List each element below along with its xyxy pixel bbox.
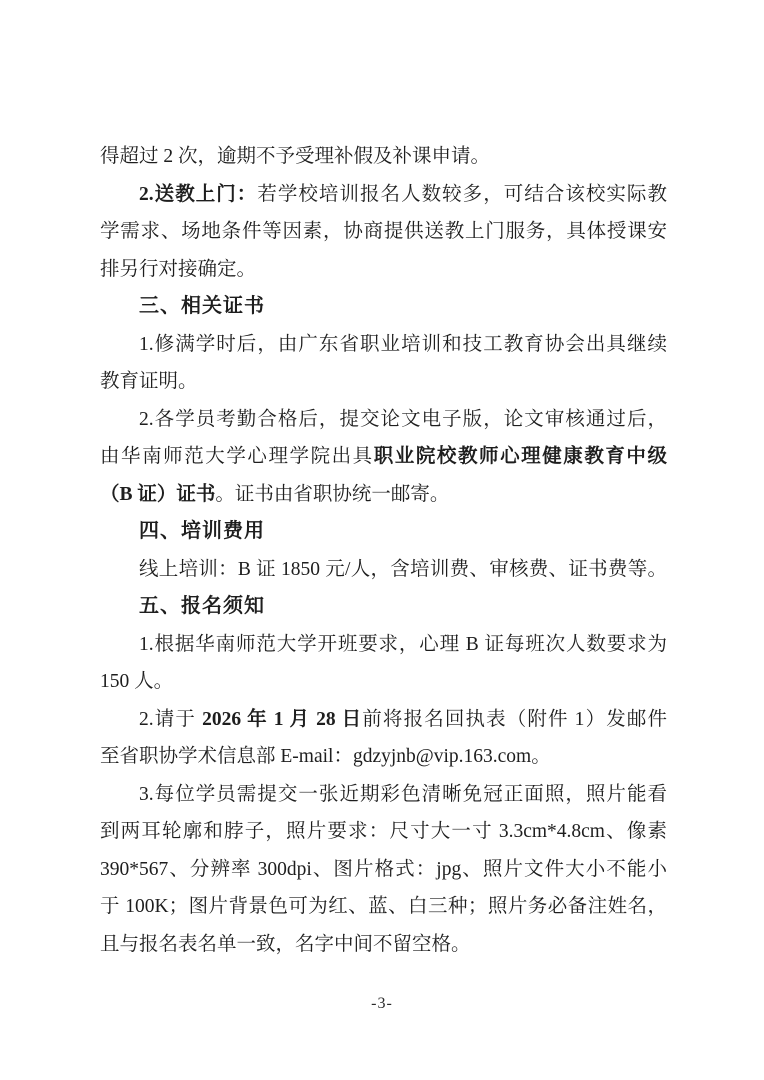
text-run: 由华南师范大学心理学院出具 (100, 446, 374, 467)
bold-text-run: 2026 年 1 月 28 日 (202, 709, 362, 730)
document-body: 得超过 2 次，逾期不予受理补假及补课申请。2.送教上门：若学校培训报名人数较多… (100, 138, 667, 963)
text-line: （B 证）证书。证书由省职协统一邮寄。 (100, 476, 667, 514)
text-run: 且与报名表名单一致，名字中间不留空格。 (100, 934, 471, 955)
text-line: 教育证明。 (100, 363, 667, 401)
bold-text-run: 三、相关证书 (139, 295, 265, 317)
text-run: 1.根据华南师范大学开班要求，心理 B 证每班次人数要求为 (139, 634, 667, 655)
text-run: 排另行对接确定。 (100, 259, 256, 280)
text-line: 得超过 2 次，逾期不予受理补假及补课申请。 (100, 138, 667, 176)
text-run: 2.请于 (139, 709, 202, 730)
text-run: 若学校培训报名人数较多，可结合该校实际教 (257, 184, 667, 205)
text-line: 到两耳轮廓和脖子，照片要求：尺寸大一寸 3.3cm*4.8cm、像素 (100, 813, 667, 851)
text-line: 3.每位学员需提交一张近期彩色清晰免冠正面照，照片能看 (100, 776, 667, 814)
text-line: 150 人。 (100, 663, 667, 701)
text-line: 且与报名表名单一致，名字中间不留空格。 (100, 926, 667, 964)
bold-text-run: 四、培训费用 (139, 520, 265, 542)
text-line: 2.送教上门：若学校培训报名人数较多，可结合该校实际教 (100, 176, 667, 214)
text-line: 排另行对接确定。 (100, 251, 667, 289)
text-run: 2.各学员考勤合格后，提交论文电子版，论文审核通过后， (139, 409, 667, 430)
bold-text-run: （B 证）证书 (100, 484, 215, 505)
bold-text-run: 五、报名须知 (139, 595, 265, 617)
text-line: 至省职协学术信息部 E-mail：gdzyjnb@vip.163.com。 (100, 738, 667, 776)
text-line: 由华南师范大学心理学院出具职业院校教师心理健康教育中级 (100, 438, 667, 476)
text-line: 于 100K；图片背景色可为红、蓝、白三种；照片务必备注姓名， (100, 888, 667, 926)
text-run: 到两耳轮廓和脖子，照片要求：尺寸大一寸 3.3cm*4.8cm、像素 (100, 821, 667, 842)
text-run: 至省职协学术信息部 E-mail：gdzyjnb@vip.163.com。 (100, 746, 551, 767)
text-line: 2.请于 2026 年 1 月 28 日前将报名回执表（附件 1）发邮件 (100, 701, 667, 739)
text-line: 线上培训：B 证 1850 元/人，含培训费、审核费、证书费等。 (100, 551, 667, 589)
section-heading: 四、培训费用 (100, 513, 667, 551)
text-run: 1.修满学时后，由广东省职业培训和技工教育协会出具继续 (139, 334, 667, 355)
text-run: 于 100K；图片背景色可为红、蓝、白三种；照片务必备注姓名， (100, 896, 667, 917)
page-number: -3- (0, 995, 764, 1013)
text-run: 3.每位学员需提交一张近期彩色清晰免冠正面照，照片能看 (139, 784, 667, 805)
text-line: 1.修满学时后，由广东省职业培训和技工教育协会出具继续 (100, 326, 667, 364)
bold-text-run: 职业院校教师心理健康教育中级 (374, 446, 667, 467)
text-run: 学需求、场地条件等因素，协商提供送教上门服务，具体授课安 (100, 221, 667, 242)
text-line: 390*567、分辨率 300dpi、图片格式：jpg、照片文件大小不能小 (100, 851, 667, 889)
text-run: 线上培训：B 证 1850 元/人，含培训费、审核费、证书费等。 (139, 559, 667, 580)
text-run: 得超过 2 次，逾期不予受理补假及补课申请。 (100, 146, 490, 167)
text-run: 教育证明。 (100, 371, 198, 392)
text-line: 2.各学员考勤合格后，提交论文电子版，论文审核通过后， (100, 401, 667, 439)
text-line: 1.根据华南师范大学开班要求，心理 B 证每班次人数要求为 (100, 626, 667, 664)
section-heading: 三、相关证书 (100, 288, 667, 326)
text-run: 150 人。 (100, 671, 173, 692)
bold-text-run: 2.送教上门： (139, 184, 257, 205)
document-page: 得超过 2 次，逾期不予受理补假及补课申请。2.送教上门：若学校培训报名人数较多… (0, 0, 764, 1080)
section-heading: 五、报名须知 (100, 588, 667, 626)
text-run: 390*567、分辨率 300dpi、图片格式：jpg、照片文件大小不能小 (100, 859, 667, 880)
text-run: 。证书由省职协统一邮寄。 (215, 484, 449, 505)
text-line: 学需求、场地条件等因素，协商提供送教上门服务，具体授课安 (100, 213, 667, 251)
text-run: 前将报名回执表（附件 1）发邮件 (362, 709, 667, 730)
